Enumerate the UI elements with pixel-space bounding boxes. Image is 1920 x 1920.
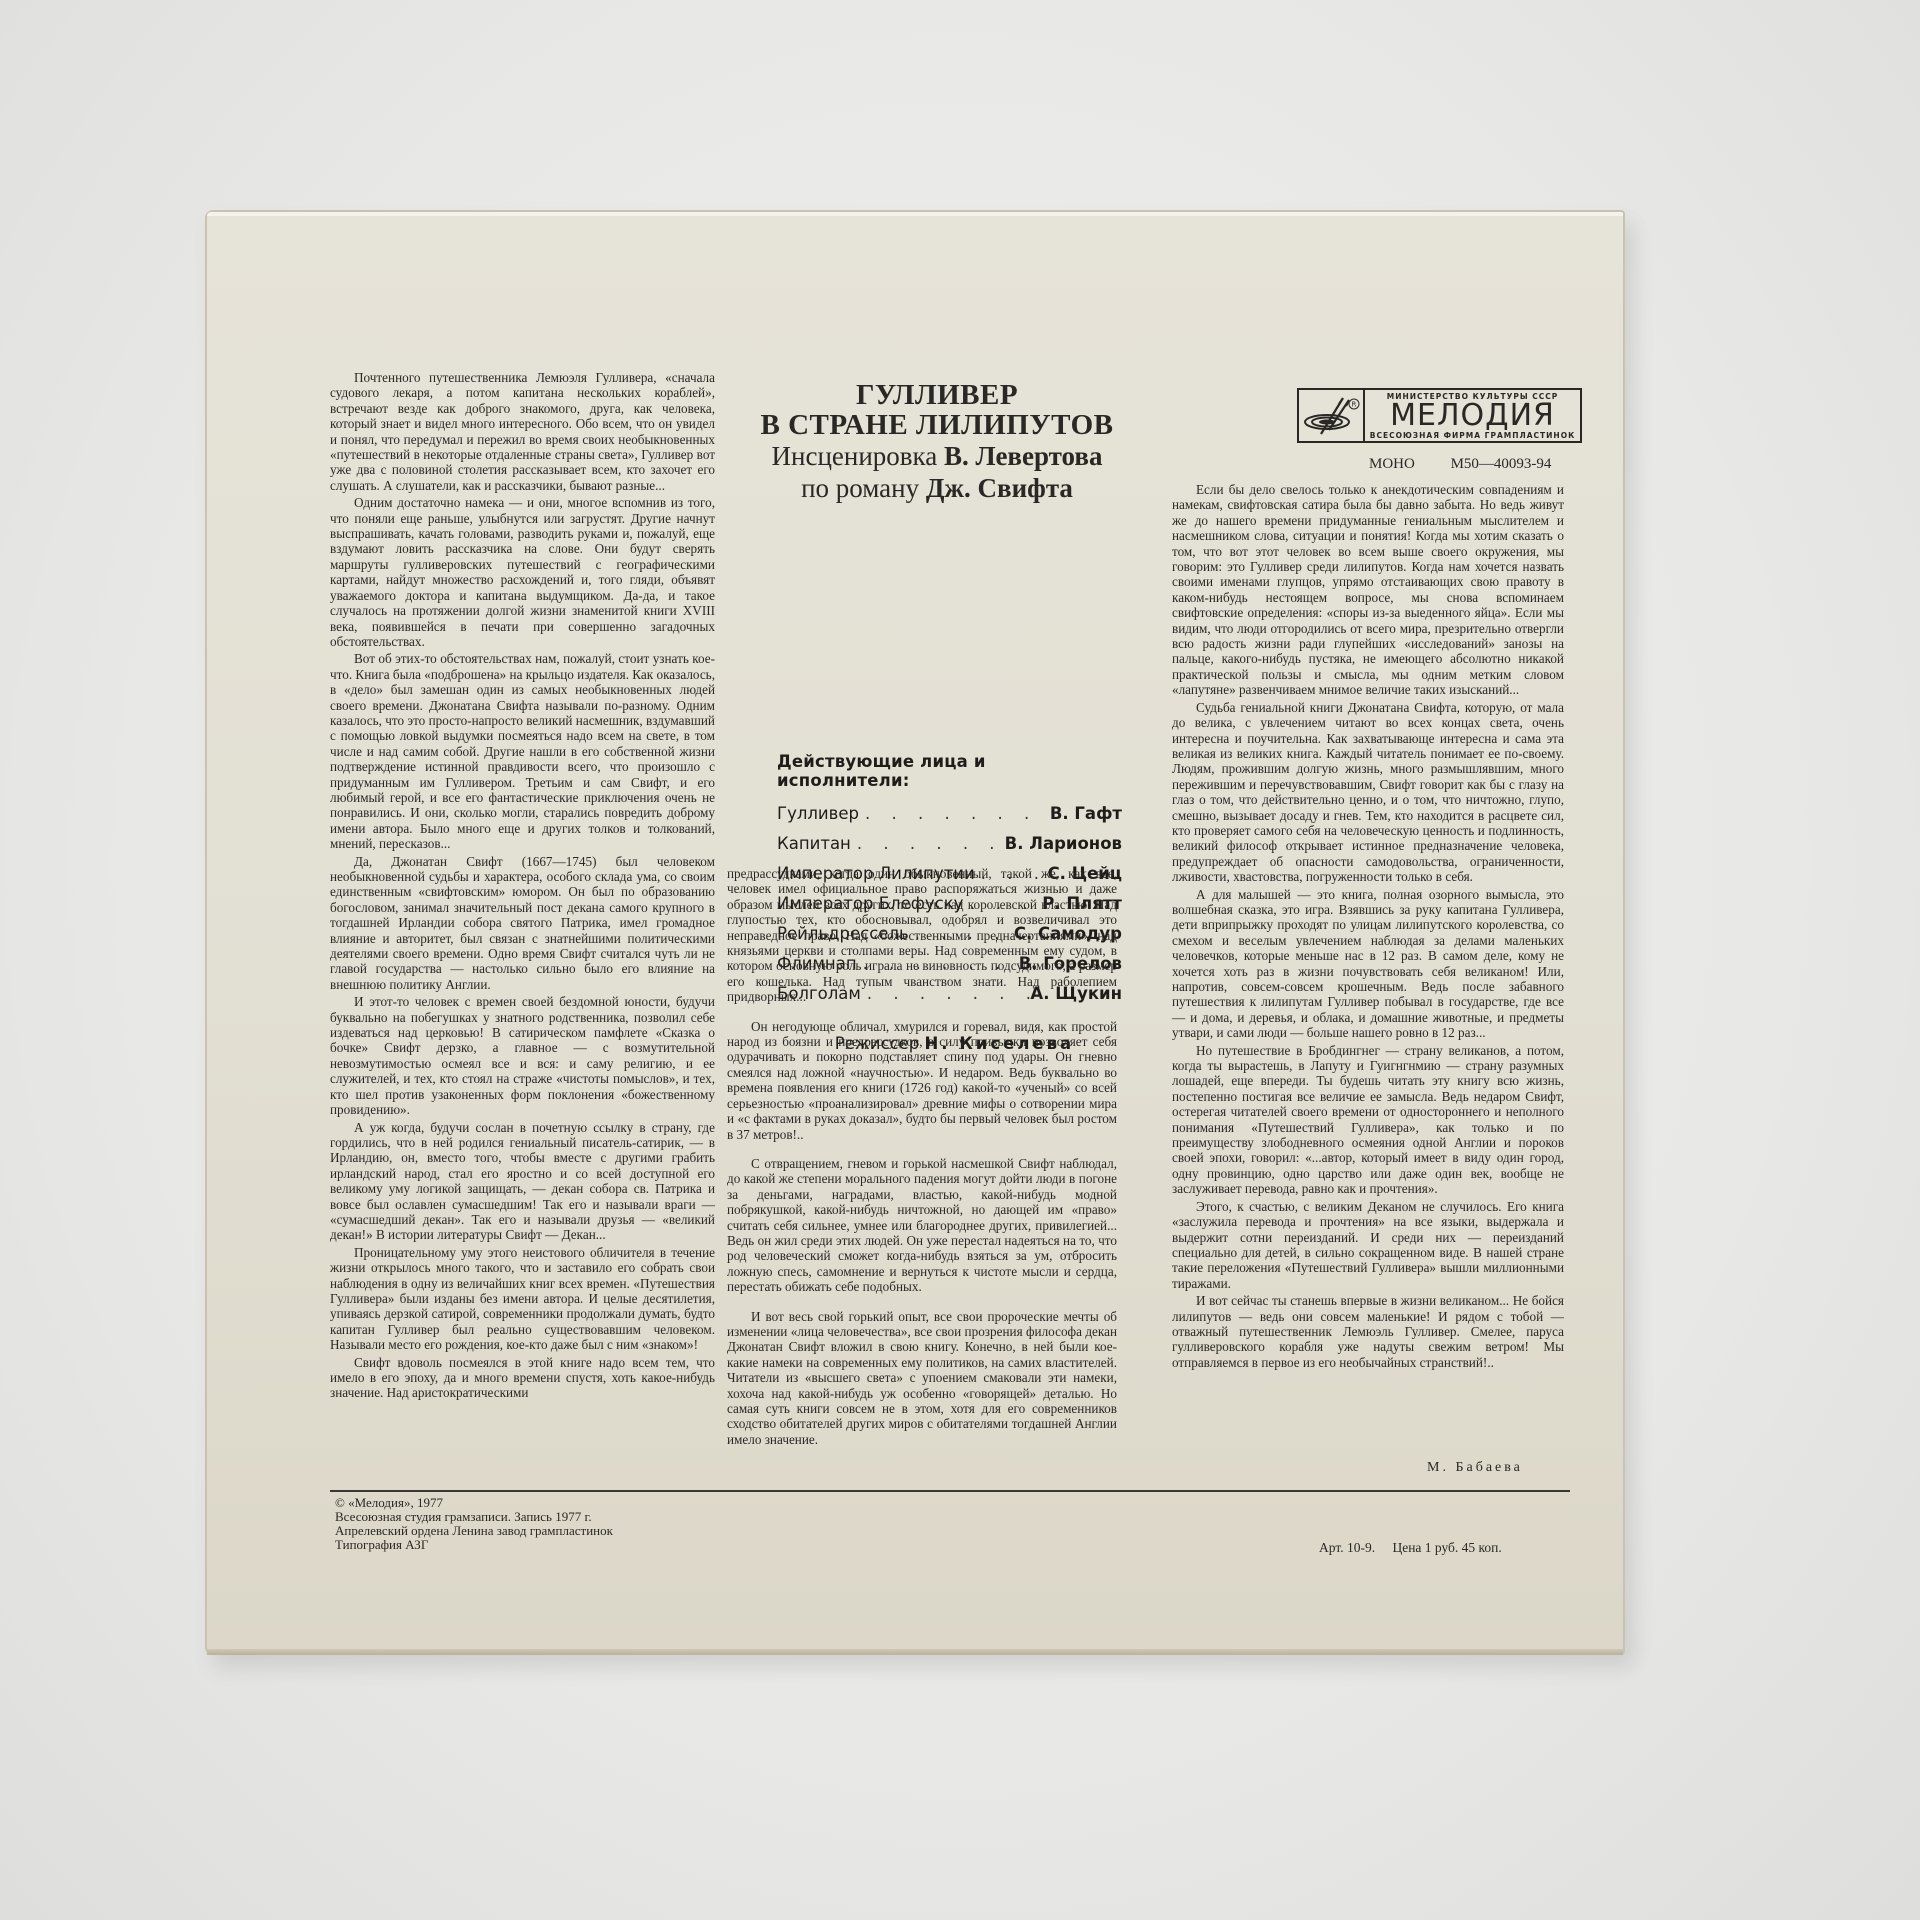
cast-role: Капитан — [777, 834, 851, 853]
essay-paragraph: А уж когда, будучи сослан в почетную ссы… — [330, 1120, 715, 1243]
essay-paragraph: Этого, к счастью, с великим Деканом не с… — [1172, 1199, 1564, 1291]
cast-row: Капитан. . . . . . . . . . . . . . . . .… — [777, 834, 1122, 864]
cast-heading: Действующие лица и исполнители: — [777, 752, 1122, 790]
novel-prefix: по роману — [801, 473, 919, 503]
album-title-block: ГУЛЛИВЕР В СТРАНЕ ЛИЛИПУТОВ Инсценировка… — [737, 380, 1137, 504]
imprint-line: Всесоюзная студия грамзаписи. Запись 197… — [335, 1510, 613, 1524]
adaptation-credit: Инсценировка В. Левертова — [737, 440, 1137, 472]
catalog-info: МОНО М50—40093-94 — [1369, 456, 1551, 473]
dot-leader: . . . . . . . . . . . . . . . . . . . — [851, 834, 1005, 853]
melodiya-logo: R МИНИСТЕРСТВО КУЛЬТУРЫ СССР МЕЛОДИЯ ВСЕ… — [1297, 388, 1582, 443]
adaptation-author: В. Левертова — [944, 441, 1102, 471]
essay-paragraph: Почтенного путешественника Лемюэля Гулли… — [330, 370, 715, 493]
essay-paragraph: Да, Джонатан Свифт (1667—1745) был челов… — [330, 854, 715, 993]
novel-credit: по роману Дж. Свифта — [737, 472, 1137, 504]
cast-role: Гулливер — [777, 804, 859, 823]
essay-paragraph: Свифт вдоволь посмеялся в этой книге над… — [330, 1355, 715, 1401]
catalog-number: М50—40093-94 — [1451, 456, 1552, 472]
album-title-line-2: В СТРАНЕ ЛИЛИПУТОВ — [737, 410, 1137, 440]
cast-actor: В. Гафт — [1050, 804, 1122, 823]
imprint-line: © «Мелодия», 1977 — [335, 1496, 613, 1510]
imprint-line: Апрелевский ордена Ленина завод грамплас… — [335, 1524, 613, 1538]
imprint-line: Типография АЗГ — [335, 1538, 613, 1552]
melodiya-logo-text: МИНИСТЕРСТВО КУЛЬТУРЫ СССР МЕЛОДИЯ ВСЕСО… — [1365, 390, 1580, 441]
essay-paragraph: И вот весь свой горький опыт, все свои п… — [727, 1309, 1117, 1448]
adaptation-prefix: Инсценировка — [772, 441, 938, 471]
novel-author: Дж. Свифта — [926, 473, 1073, 503]
article-number: Арт. 10-9. — [1319, 1540, 1375, 1555]
label-name: МЕЛОДИЯ — [1390, 401, 1555, 431]
essay-paragraph: предрассудками, когда один обыкновенный,… — [727, 866, 1117, 1005]
essay-paragraph: Если бы дело свелось только к анекдотиче… — [1172, 482, 1564, 698]
audio-format: МОНО — [1369, 456, 1415, 472]
essay-paragraph: И этот-то человек с времен своей бездомн… — [330, 994, 715, 1117]
essay-paragraph: Вот об этих-то обстоятельствах нам, пожа… — [330, 651, 715, 851]
essay-paragraph: А для малышей — это книга, полная озорно… — [1172, 887, 1564, 1041]
essay-column-left: Почтенного путешественника Лемюэля Гулли… — [330, 370, 715, 1401]
essay-column-right: Если бы дело свелось только к анекдотиче… — [1172, 482, 1564, 1370]
essay-paragraph: И вот сейчас ты станешь впервые в жизни … — [1172, 1293, 1564, 1370]
essay-signature: М. Бабаева — [1427, 1460, 1523, 1476]
essay-paragraph: Одним достаточно намека — и они, многое … — [330, 495, 715, 649]
footer-divider — [330, 1490, 1570, 1492]
price-info: Арт. 10-9. Цена 1 руб. 45 коп. — [1319, 1540, 1502, 1556]
label-firm: ВСЕСОЮЗНАЯ ФИРМА ГРАМПЛАСТИНОК — [1370, 431, 1575, 440]
album-title-line-1: ГУЛЛИВЕР — [737, 380, 1137, 410]
essay-paragraph: Он негодующе обличал, хмурился и горевал… — [727, 1019, 1117, 1142]
imprint: © «Мелодия», 1977 Всесоюзная студия грам… — [335, 1496, 613, 1552]
essay-column-middle: предрассудками, когда один обыкновенный,… — [727, 866, 1117, 1447]
essay-paragraph: Проницательному уму этого неистового обл… — [330, 1245, 715, 1353]
svg-text:R: R — [1352, 401, 1357, 409]
essay-paragraph: С отвращением, гневом и горькой насмешко… — [727, 1156, 1117, 1295]
dot-leader: . . . . . . . . . . . . . . . . . . . — [859, 804, 1050, 823]
essay-paragraph: Судьба гениальной книги Джонатана Свифта… — [1172, 700, 1564, 885]
melodiya-logo-icon: R — [1299, 390, 1365, 441]
price-value: Цена 1 руб. 45 коп. — [1392, 1540, 1501, 1555]
cast-row: Гулливер. . . . . . . . . . . . . . . . … — [777, 804, 1122, 834]
essay-paragraph: Но путешествие в Бробдингнег — страну ве… — [1172, 1043, 1564, 1197]
record-sleeve-back: Почтенного путешественника Лемюэля Гулли… — [205, 210, 1625, 1655]
cast-actor: В. Ларионов — [1005, 834, 1122, 853]
